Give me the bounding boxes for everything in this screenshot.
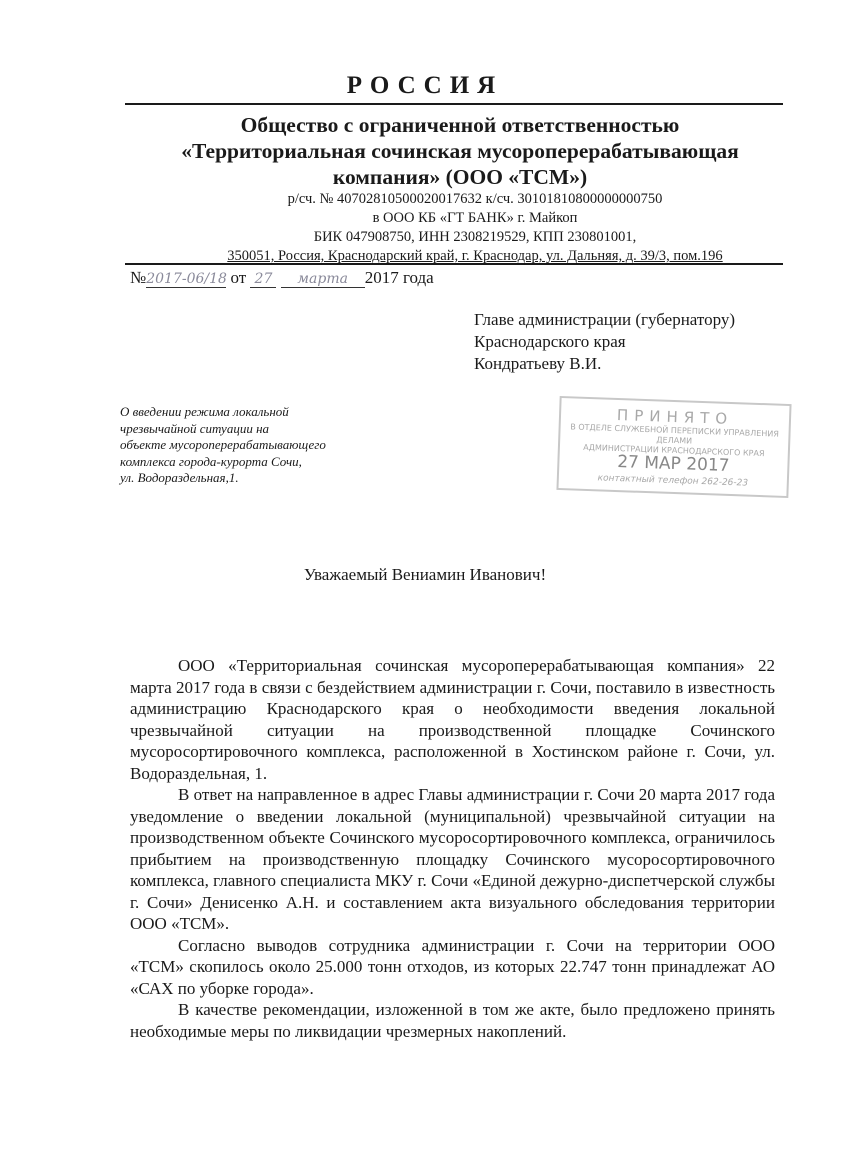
subject-line: О введении режима локальной xyxy=(120,404,326,421)
addressee-line: Кондратьеву В.И. xyxy=(474,353,735,375)
requisites-bank: в ООО КБ «ГТ БАНК» г. Майкоп xyxy=(130,209,820,228)
subject-line: ул. Водораздельная,1. xyxy=(120,470,326,487)
addressee-block: Главе администрации (губернатору) Красно… xyxy=(474,309,735,375)
handwritten-month: марта xyxy=(281,271,365,288)
salutation: Уважаемый Вениамин Иванович! xyxy=(0,565,850,585)
body-paragraph: В качестве рекомендации, изложенной в то… xyxy=(130,999,775,1042)
letterhead-divider-top xyxy=(125,103,783,105)
subject-block: О введении режима локальной чрезвычайной… xyxy=(120,404,326,487)
body-paragraph: Согласно выводов сотрудника администраци… xyxy=(130,935,775,1000)
company-name-line: Общество с ограниченной ответственностью xyxy=(120,112,800,138)
from-label: от xyxy=(230,268,246,287)
letter-body: ООО «Территориальная сочинская мусоропер… xyxy=(130,655,775,1042)
letterhead-country: РОССИЯ xyxy=(0,72,850,100)
subject-line: комплекса города-курорта Сочи, xyxy=(120,454,326,471)
year-text: 2017 года xyxy=(365,268,434,287)
addressee-line: Краснодарского края xyxy=(474,331,735,353)
handwritten-day: 27 xyxy=(250,271,276,288)
received-stamp: ПРИНЯТО В ОТДЕЛЕ СЛУЖЕБНОЙ ПЕРЕПИСКИ УПР… xyxy=(556,396,791,498)
subject-line: чрезвычайной ситуации на xyxy=(120,421,326,438)
body-paragraph: ООО «Территориальная сочинская мусоропер… xyxy=(130,655,775,784)
bank-requisites: р/сч. № 40702810500020017632 к/сч. 30101… xyxy=(130,190,820,266)
number-sign: № xyxy=(130,268,146,287)
addressee-line: Главе администрации (губернатору) xyxy=(474,309,735,331)
letterhead-divider-bottom xyxy=(125,263,783,265)
outgoing-number-line: №2017-06/18 от 27 марта2017 года xyxy=(130,268,434,288)
letterhead-company-name: Общество с ограниченной ответственностью… xyxy=(120,112,800,190)
company-name-line: «Территориальная сочинская мусороперераб… xyxy=(120,138,800,164)
requisites-codes: БИК 047908750, ИНН 2308219529, КПП 23080… xyxy=(130,228,820,247)
requisites-account: р/сч. № 40702810500020017632 к/сч. 30101… xyxy=(130,190,820,209)
subject-line: объекте мусороперерабатывающего xyxy=(120,437,326,454)
handwritten-number: 2017-06/18 xyxy=(146,271,226,288)
body-paragraph: В ответ на направленное в адрес Главы ад… xyxy=(130,784,775,935)
company-name-line: компания» (ООО «ТСМ») xyxy=(120,164,800,190)
